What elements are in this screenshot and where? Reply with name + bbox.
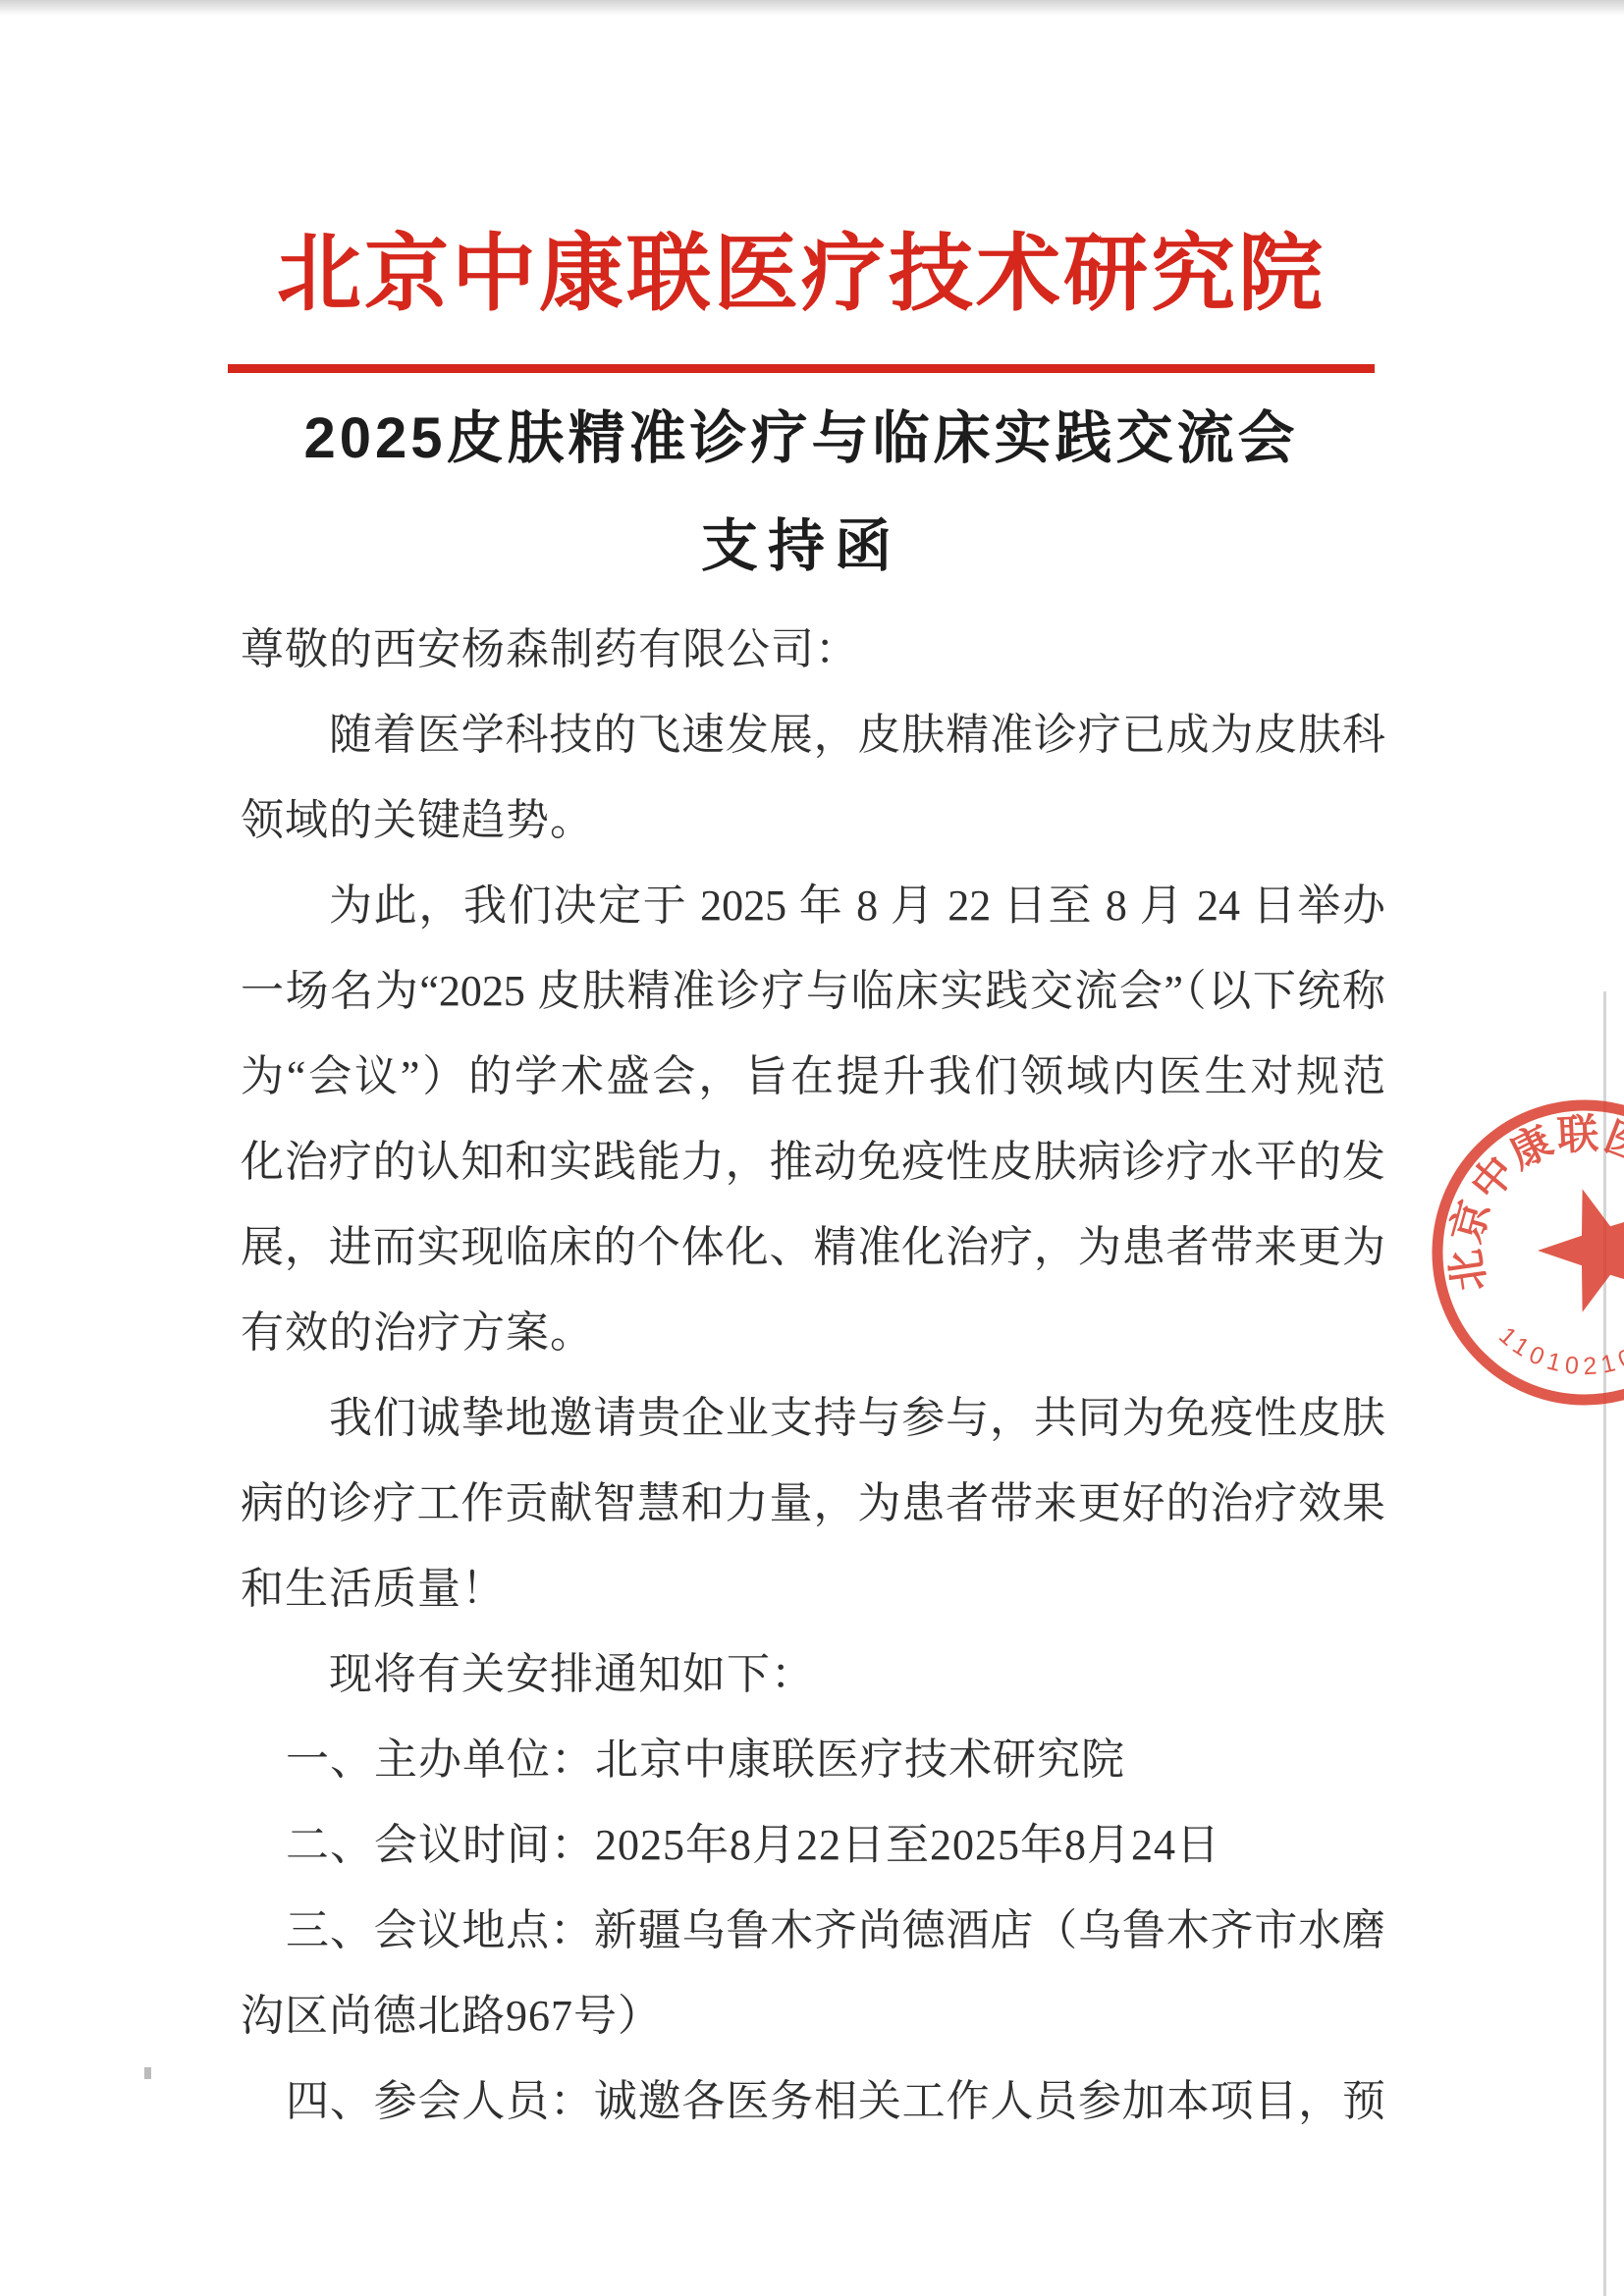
body-line: 化治疗的认知和实践能力，推动免疫性皮肤病诊疗水平的发: [241, 1119, 1385, 1204]
document-page: 北京中康联医疗技术研究院 2025皮肤精准诊疗与临床实践交流会 支持函 尊敬的西…: [0, 0, 1624, 2296]
document-title: 2025皮肤精准诊疗与临床实践交流会: [228, 402, 1375, 475]
body-line-location: 三、会议地点：新疆乌鲁木齐尚德酒店（乌鲁木齐市水磨: [241, 1888, 1385, 1973]
seal-code-text: 1101021014: [1493, 1321, 1624, 1380]
body-line: 我们诚挚地邀请贵企业支持与参与，共同为免疫性皮肤: [241, 1375, 1385, 1461]
body-line: 展，进而实现临床的个体化、精准化治疗，为患者带来更为: [241, 1204, 1385, 1290]
body-line: 现将有关安排通知如下：: [241, 1631, 1385, 1717]
body-line: 领域的关键趋势。: [241, 777, 1385, 863]
scan-artifact-top-edge: [0, 0, 1624, 16]
seal-star: [1524, 1170, 1624, 1319]
body-line-host: 一、主办单位：北京中康联医疗技术研究院: [241, 1717, 1385, 1802]
body-line: 随着医学科技的飞速发展，皮肤精准诊疗已成为皮肤科: [241, 692, 1385, 777]
salutation: 尊敬的西安杨森制药有限公司：: [241, 607, 1385, 692]
scan-artifact-left-tick: [144, 2067, 151, 2079]
body-line-attendees: 四、参会人员：诚邀各医务相关工作人员参加本项目，预: [241, 2058, 1385, 2144]
official-seal: 北京中康联医疗技术研究院 1101021014: [1408, 1076, 1624, 1429]
body-line-time: 二、会议时间：2025年8月22日至2025年8月24日: [241, 1802, 1385, 1888]
body-line: 沟区尚德北路967号）: [241, 1973, 1385, 2058]
body-line: 为“会议”）的学术盛会，旨在提升我们领域内医生对规范: [241, 1034, 1385, 1119]
letter-body: 尊敬的西安杨森制药有限公司： 随着医学科技的飞速发展，皮肤精准诊疗已成为皮肤科 …: [241, 607, 1385, 2144]
document-subtitle: 支持函: [228, 510, 1375, 583]
body-line: 病的诊疗工作贡献智慧和力量，为患者带来更好的治疗效果: [241, 1461, 1385, 1546]
letterhead-divider: [228, 364, 1375, 373]
body-line: 一场名为“2025 皮肤精准诊疗与临床实践交流会”（以下统称: [241, 948, 1385, 1034]
body-line: 有效的治疗方案。: [241, 1290, 1385, 1375]
body-line: 为此，我们决定于 2025 年 8 月 22 日至 8 月 24 日举办: [241, 863, 1385, 948]
svg-text:1101021014: 1101021014: [1493, 1321, 1624, 1380]
letterhead-org-name: 北京中康联医疗技术研究院: [228, 220, 1375, 328]
body-line: 和生活质量！: [241, 1546, 1385, 1631]
